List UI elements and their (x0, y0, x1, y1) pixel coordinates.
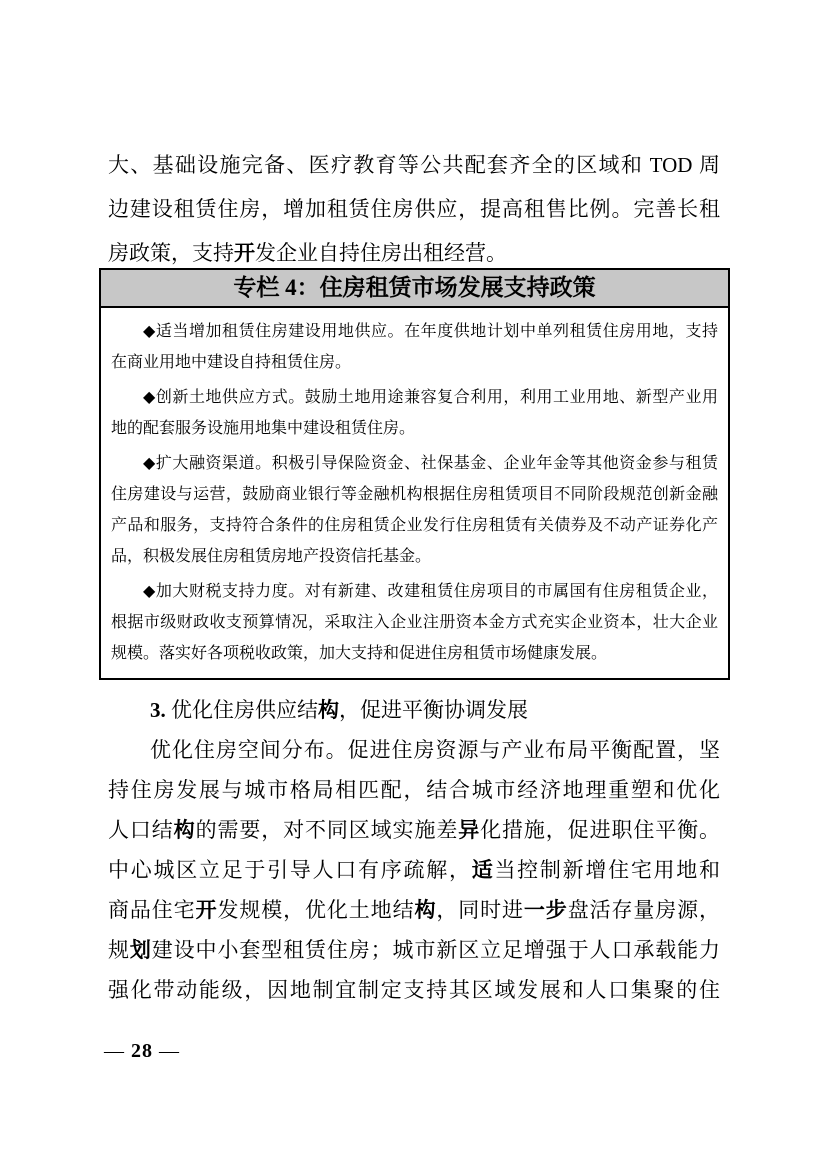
bullet-line: 产品和服务，支持符合条件的住房租赁企业发行住房租赁有关债券及不动产证券化产 (111, 510, 718, 541)
text-line: 边建设租赁住房，增加租赁住房供应，提高租售比例。完善长租 (108, 187, 720, 231)
bullet-line: 品，积极发展住房租赁房地产投资信托基金。 (111, 541, 718, 572)
text-line: 大、基础设施完备、医疗教育等公共配套齐全的区域和 TOD 周 (108, 143, 720, 187)
bullet-line: 在商业用地中建设自持租赁住房。 (111, 347, 718, 378)
bullet-line: ◆扩大融资渠道。积极引导保险资金、社保基金、企业年金等其他资金参与租赁 (111, 448, 718, 479)
bullet-line: 住房建设与运营，鼓励商业银行等金融机构根据住房租赁项目不同阶段规范创新金融 (111, 479, 718, 510)
intro-paragraph: 大、基础设施完备、医疗教育等公共配套齐全的区域和 TOD 周 边建设租赁住房，增… (108, 143, 720, 275)
bullet-paragraph: ◆加大财税支持力度。对有新建、改建租赁住房项目的市属国有住房租赁企业， 根据市级… (111, 576, 718, 669)
bullet-line: 规模。落实好各项税收政策，加大支持和促进住房租赁市场健康发展。 (111, 638, 718, 669)
text-line: 规划建设中小套型租赁住房；城市新区立足增强于人口承载能力 (108, 930, 720, 970)
bullet-paragraph: ◆适当增加租赁住房建设用地供应。在年度供地计划中单列租赁住房用地，支持 在商业用… (111, 316, 718, 378)
bullet-line: ◆适当增加租赁住房建设用地供应。在年度供地计划中单列租赁住房用地，支持 (111, 316, 718, 347)
page-number: — 28 — (104, 1040, 180, 1063)
document-page: 大、基础设施完备、医疗教育等公共配套齐全的区域和 TOD 周 边建设租赁住房，增… (0, 0, 827, 1169)
bullet-line: ◆创新土地供应方式。鼓励土地用途兼容复合利用，利用工业用地、新型产业用 (111, 382, 718, 413)
bullet-paragraph: ◆扩大融资渠道。积极引导保险资金、社保基金、企业年金等其他资金参与租赁 住房建设… (111, 448, 718, 572)
bullet-line: 地的配套服务设施用地集中建设租赁住房。 (111, 413, 718, 444)
policy-callout-box: 专栏 4：住房租赁市场发展支持政策 ◆适当增加租赁住房建设用地供应。在年度供地计… (99, 268, 730, 680)
text-line: 持住房发展与城市格局相匹配，结合城市经济地理重塑和优化 (108, 770, 720, 810)
section-3: 3. 优化住房供应结构，促进平衡协调发展 优化住房空间分布。促进住房资源与产业布… (108, 690, 720, 1010)
text-line: 商品住宅开发规模，优化土地结构，同时进一步盘活存量房源， (108, 890, 720, 930)
text-line: 强化带动能级，因地制宜制定支持其区域发展和人口集聚的住 (108, 970, 720, 1010)
bullet-line: 根据市级财政收支预算情况，采取注入企业注册资本金方式充实企业资本，壮大企业 (111, 607, 718, 638)
bullet-paragraph: ◆创新土地供应方式。鼓励土地用途兼容复合利用，利用工业用地、新型产业用 地的配套… (111, 382, 718, 444)
callout-box-title: 专栏 4：住房租赁市场发展支持政策 (101, 270, 728, 308)
text-line: 人口结构的需要，对不同区域实施差异化措施，促进职住平衡。 (108, 810, 720, 850)
text-line: 中心城区立足于引导人口有序疏解，适当控制新增住宅用地和 (108, 850, 720, 890)
section-heading: 3. 优化住房供应结构，促进平衡协调发展 (108, 690, 720, 730)
bullet-line: ◆加大财税支持力度。对有新建、改建租赁住房项目的市属国有住房租赁企业， (111, 576, 718, 607)
text-line: 优化住房空间分布。促进住房资源与产业布局平衡配置，坚 (108, 730, 720, 770)
callout-box-body: ◆适当增加租赁住房建设用地供应。在年度供地计划中单列租赁住房用地，支持 在商业用… (101, 308, 728, 678)
